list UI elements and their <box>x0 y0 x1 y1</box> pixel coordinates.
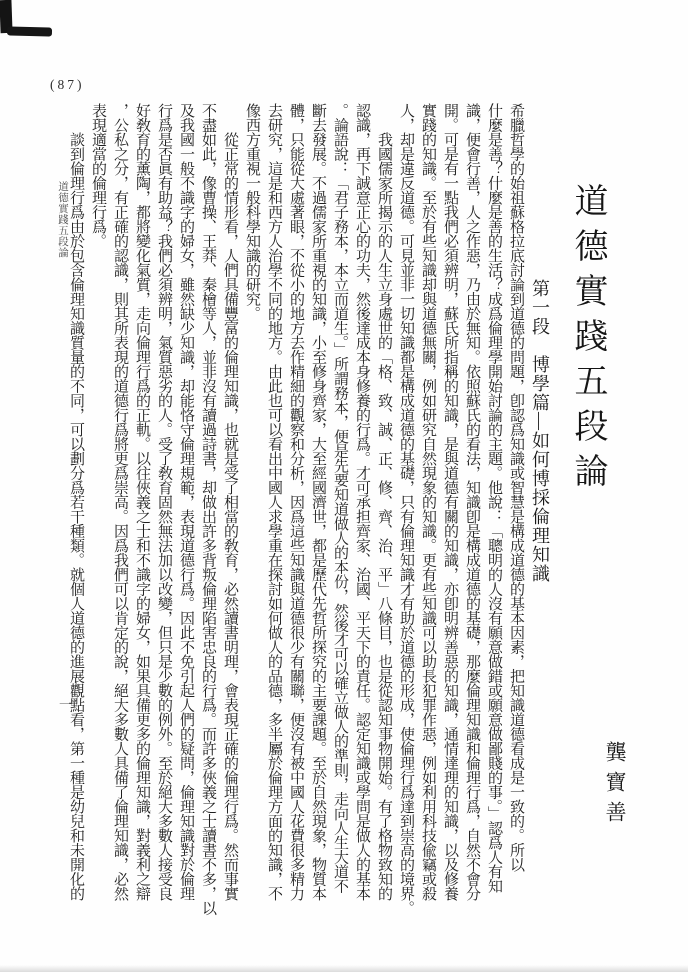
scanned-page: (87) 道德實踐五段論 一 道德實踐五段論 第一段 博學篇—如何博採倫理知識 … <box>0 0 688 972</box>
text-column: 我國儒家所揭示的人生立身處世的「格、致、誠、正、修、齊、治、平」八條目，也是從認… <box>373 103 395 919</box>
text-column: 開。可是有一點我們必須辨明，蘇氏所指稱的知識，是與道德有關的知識，亦卽明辨善惡的… <box>439 103 461 919</box>
text-column: 體，只能從大處著眼，不從小的地方去作精細的觀察和分析，因爲這些知識與道德很少有關… <box>285 103 307 919</box>
text-column: 實踐的知識。至於有些知識却與道德無關，例如研究自然現象的知識。更有些知識可以助長… <box>417 103 439 919</box>
text-column: 識，便會行善，人之作惡，乃由於無知。依照蘇氏的看法，知識卽是構成道德的基礎，那麼… <box>461 103 483 919</box>
text-column: 談到倫理行爲由於包含倫理知識質量的不同，可以劃分爲若干種類。就個人道德的進展觀點… <box>65 103 87 919</box>
text-column: 行爲是否眞有助益？我們必須辨明，氣質惡劣的人。受了敎育固然無法加以改變，但只是少… <box>153 103 175 919</box>
text-column: 希臘哲學的始祖蘇格拉底討論到道德的問題，卽認爲知識或智慧是構成道德的基本因素，把… <box>505 103 527 919</box>
text-column: 人，却是違反道德。可見並非一切知識都是構成道德的基礎，只有倫理知識才有助於道德的… <box>395 103 417 919</box>
text-column: 像西方重視一般科學知識的研究。 <box>241 103 263 919</box>
text-column: 認識，再下誠意正心的功夫，然後達成本身修養的行爲。才可承担齊家、治國、平天下的責… <box>351 103 373 919</box>
page-number: (87) <box>50 77 85 93</box>
text-column: 去研究，這是和西方人治學不同的地方。由此也可以看出中國人求學重在探討如何做人的品… <box>263 103 285 919</box>
text-column: 從正常的情形看，人們具備豐富的倫理知識，也就是受了相當的敎育，必然讀書明理，會表… <box>219 103 241 919</box>
text-column: 斷去發展。不過儒家所重視的知識，小至修身齊家，大至經國濟世，都是歷代先哲所探究的… <box>307 103 329 919</box>
section-heading: 第一段 博學篇—如何博採倫理知識 <box>527 279 553 583</box>
scan-artifact-line <box>7 26 52 36</box>
text-column: 及我國一般不識字的婦女，雖然缺少知識，却能恪守倫理規範，表現道德行爲。因此不免引… <box>175 103 197 919</box>
text-column: 好敎育的薰陶，都將變化氣質，走向倫理行爲的正軌。以往俠義之士和不識字的婦女，如果… <box>131 103 153 919</box>
article-body: 希臘哲學的始祖蘇格拉底討論到道德的問題，卽認爲知識或智慧是構成道德的基本因素，把… <box>64 103 527 921</box>
text-column: 。論語說：「君子務本，本立而道生。」所謂務本，便是先要知道做人的本份，然後才可以… <box>329 103 351 919</box>
text-column: 表現適當的倫理行爲。 <box>87 103 109 919</box>
text-column: ，公私之分，有正確的認識，則其所表現的道德行爲將更爲崇高。因爲我們可以肯定的說，… <box>109 103 131 919</box>
article-title: 道德實踐五段論 <box>563 183 612 498</box>
text-column: 什麼是善？什麼是善的生活？成爲倫理學開始討論的主題。他說：「聰明的人沒有願意做錯… <box>483 103 505 919</box>
text-column: 不盡如此，像曹操、王莽、秦檜等人，並非沒有讀過詩書，却做出許多背叛倫理陷害忠良的… <box>197 103 219 919</box>
author-name: 龔寶善 <box>600 741 630 831</box>
page-edge-shadow <box>0 965 688 972</box>
